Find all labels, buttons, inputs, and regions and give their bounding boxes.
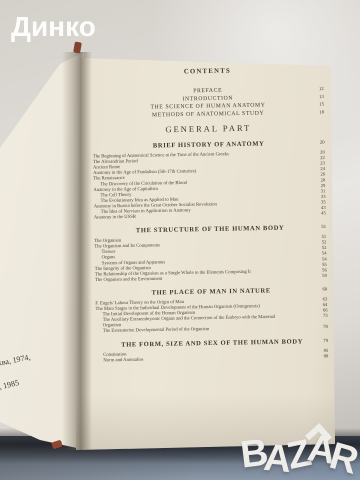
seller-watermark: Динко [11, 11, 96, 43]
toc-entry-page: 78 [317, 325, 328, 331]
toc-entry-title: PREFACE [193, 87, 222, 94]
bazar-logo-watermark: BAZAR [243, 435, 356, 478]
section-heading: THE STRUCTURE OF THE HUMAN BODY 51 [94, 223, 326, 235]
toc-entry-page: 18 [319, 109, 324, 115]
section-title: THE FORM, SIZE AND SEX OF THE HUMAN BODY [121, 337, 303, 348]
section-page-number: 60 [322, 287, 327, 292]
toc-entry-page: 13 [319, 94, 324, 100]
toc-entry-title: The Extrauterine Developmental Period of… [96, 327, 213, 335]
section-items: Constitution 85 Norm and Anomalies 88 [96, 348, 328, 363]
part-heading: GENERAL PART [92, 122, 324, 136]
book-photo-scene: сква, 1974, ть, 1985 CONTENTS PREFACE 12… [0, 0, 360, 480]
section-page-number: 20 [320, 140, 325, 145]
section-heading: THE PLACE OF MAN IN NATURE 60 [95, 285, 327, 297]
toc-entry-title: METHODS OF ANATOMICAL STUDY [152, 110, 264, 118]
toc-entry-title: INTRODUCTION [182, 95, 233, 102]
bazar-logo-text: BAZAR [243, 435, 356, 478]
section-structure-of-body: THE STRUCTURE OF THE HUMAN BODY 51 The O… [94, 223, 327, 283]
section-items: F. Engels' Labour Theory on the Origin o… [95, 297, 328, 334]
book-gutter-shadow [62, 52, 92, 450]
toc-entry-page: 15 [319, 102, 324, 108]
section-items: The Beginning of Anatomical Science at t… [93, 150, 326, 221]
section-page-number: 79 [323, 338, 328, 343]
toc-entry-page: 59 [316, 273, 327, 279]
section-title: THE PLACE OF MAN IN NATURE [151, 286, 270, 296]
toc-entry-title: Anatomy in the USSR [94, 214, 140, 220]
contents-page: CONTENTS PREFACE 12 INTRODUCTION 13 THE … [91, 65, 328, 381]
section-title: THE STRUCTURE OF THE HUMAN BODY [136, 224, 285, 234]
toc-entry-page: 12 [319, 86, 324, 92]
toc-entry-title: Norm and Anomalies [96, 357, 147, 363]
toc-entry-title: The Organism and the Environment [95, 276, 166, 283]
toc-entry-page: 88 [317, 354, 328, 360]
section-page-number: 51 [321, 225, 326, 230]
section-form-size-sex: THE FORM, SIZE AND SEX OF THE HUMAN BODY… [96, 337, 328, 364]
toc-entry-page: 45 [315, 211, 326, 217]
front-matter-list: PREFACE 12 INTRODUCTION 13 THE SCIENCE O… [92, 85, 325, 120]
section-items: The Organism 51 The Organism and Its Com… [94, 235, 327, 283]
section-heading: BRIEF HISTORY OF ANATOMY 20 [93, 139, 325, 151]
section-brief-history: BRIEF HISTORY OF ANATOMY 20 The Beginnin… [93, 139, 326, 221]
section-title: BRIEF HISTORY OF ANATOMY [153, 140, 265, 149]
toc-entry-page: 73 [317, 314, 328, 320]
section-place-of-man: THE PLACE OF MAN IN NATURE 60 F. Engels'… [95, 285, 328, 334]
section-heading: THE FORM, SIZE AND SEX OF THE HUMAN BODY… [96, 337, 328, 349]
